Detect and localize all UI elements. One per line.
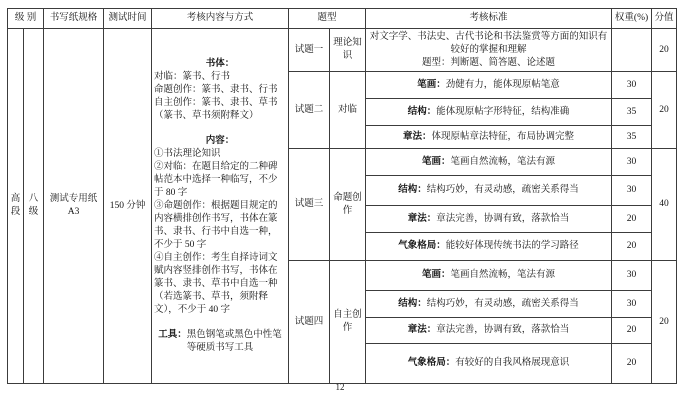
assessment-content-cell: 书体： 对临：篆书、行书 命题创作：篆书、隶书、行书 自主创作：篆书、隶书、草书…: [152, 29, 289, 384]
standard-text: 结构巧妙，有灵动感，疏密关系得当: [427, 299, 579, 309]
content-line: ①书法理论知识: [154, 148, 286, 161]
weight-cell: 20: [612, 318, 652, 344]
standard-cell: 气象格局：能较好体现传统书法的学习路径: [366, 233, 612, 261]
standard-text: 能体现原帖字形特征，结构准确: [436, 107, 569, 117]
level-group-cell: 高段: [8, 29, 24, 384]
content-line: 命题创作：篆书、隶书、行书: [154, 84, 286, 97]
weight-cell: 30: [612, 261, 652, 291]
standard-cell: 笔画：劲健有力，能体现原帖笔意: [366, 72, 612, 99]
content-line: 对临：篆书、行书: [154, 71, 286, 84]
test-time-cell: 150 分钟: [104, 29, 152, 384]
page-number: 12: [0, 382, 680, 392]
content-line: 黑色钢笔或黑色中性笔等硬质书写工具: [187, 330, 282, 353]
content-section-style: 书体： 对临：篆书、行书 命题创作：篆书、隶书、行书 自主创作：篆书、隶书、草书…: [154, 58, 286, 123]
section-title: 工具：: [158, 330, 187, 340]
criterion-label: 气象格局：: [398, 241, 446, 251]
standard-cell: 结构：结构巧妙，有灵动感，疏密关系得当: [366, 291, 612, 318]
content-line: 自主创作：篆书、隶书、草书（篆书、草书须附释文）: [154, 97, 286, 123]
standard-text: 笔画自然流畅，笔法有源: [451, 270, 556, 280]
weight-cell: 20: [612, 233, 652, 261]
weight-cell: [612, 29, 652, 72]
standard-cell: 对文字学、书法史、古代书论和书法鉴赏等方面的知识有较好的掌握和理解 题型：判断题…: [366, 29, 612, 72]
header-time: 测试时间: [104, 9, 152, 29]
criterion-label: 章法：: [403, 132, 432, 142]
standard-text: 对文字学、书法史、古代书论和书法鉴赏等方面的知识有较好的掌握和理解: [368, 31, 609, 57]
standard-text: 笔画自然流畅，笔法有源: [451, 157, 556, 167]
standard-text: 有较好的自我风格展现意识: [455, 358, 569, 368]
weight-cell: 20: [612, 344, 652, 384]
score-cell: 20: [652, 72, 677, 149]
criterion-label: 笔画：: [422, 270, 451, 280]
criterion-label: 结构：: [398, 299, 427, 309]
standard-text: 体现原帖章法特征，布局协调完整: [432, 132, 575, 142]
level-cell: 八级: [24, 29, 44, 384]
standard-cell: 结构：结构巧妙，有灵动感，疏密关系得当: [366, 176, 612, 206]
question-cell: 试题一: [289, 29, 330, 72]
standard-cell: 章法：章法完善，协调有致，落款恰当: [366, 206, 612, 233]
standard-cell: 气象格局：有较好的自我风格展现意识: [366, 344, 612, 384]
criterion-label: 章法：: [408, 325, 437, 335]
category-cell: 自主创作: [330, 261, 366, 384]
section-title: 内容：: [154, 135, 286, 148]
criterion-label: 气象格局：: [408, 358, 456, 368]
weight-cell: 20: [612, 206, 652, 233]
weight-cell: 30: [612, 176, 652, 206]
weight-cell: 30: [612, 291, 652, 318]
header-level: 级 别: [8, 9, 44, 29]
question-cell: 试题四: [289, 261, 330, 384]
weight-cell: 35: [612, 99, 652, 126]
header-question-type: 题型: [289, 9, 366, 29]
category-cell: 理论知识: [330, 29, 366, 72]
criterion-label: 笔画：: [417, 80, 446, 90]
weight-cell: 35: [612, 126, 652, 149]
standard-text: 能较好体现传统书法的学习路径: [446, 241, 579, 251]
header-standard: 考核标准: [366, 9, 612, 29]
assessment-table: 级 别 书写纸规格 测试时间 考核内容与方式 题型 考核标准 权重(%) 分值 …: [7, 8, 677, 384]
section-title: 书体：: [154, 58, 286, 71]
criterion-label: 结构：: [398, 185, 427, 195]
header-score: 分值: [652, 9, 677, 29]
header-weight: 权重(%): [612, 9, 652, 29]
standard-text: 结构巧妙，有灵动感，疏密关系得当: [427, 185, 579, 195]
category-cell: 命题创作: [330, 149, 366, 261]
category-cell: 对临: [330, 72, 366, 149]
weight-cell: 30: [612, 149, 652, 176]
table-header-row: 级 别 书写纸规格 测试时间 考核内容与方式 题型 考核标准 权重(%) 分值: [8, 9, 677, 29]
score-cell: 20: [652, 261, 677, 384]
document-page: 级 别 书写纸规格 测试时间 考核内容与方式 题型 考核标准 权重(%) 分值 …: [7, 8, 677, 384]
paper-spec-cell: 测试专用纸 A3: [44, 29, 104, 384]
criterion-label: 笔画：: [422, 157, 451, 167]
question-cell: 试题三: [289, 149, 330, 261]
question-cell: 试题二: [289, 72, 330, 149]
table-row: 高段 八级 测试专用纸 A3 150 分钟 书体： 对临：篆书、行书 命题创作：…: [8, 29, 677, 72]
standard-cell: 笔画：笔画自然流畅，笔法有源: [366, 149, 612, 176]
score-cell: 40: [652, 149, 677, 261]
standard-cell: 章法：体现原帖章法特征，布局协调完整: [366, 126, 612, 149]
criterion-label: 章法：: [408, 214, 437, 224]
content-section-topics: 内容： ①书法理论知识 ②对临：在题目给定的二种碑帖范本中选择一种临写，不少于 …: [154, 135, 286, 317]
standard-text: 章法完善，协调有致，落款恰当: [436, 325, 569, 335]
content-line: ③命题创作：根据题目规定的内容横排创作书写，书体在篆书、隶书、行书中自选一种，不…: [154, 200, 286, 252]
content-line: ④自主创作：考生自择诗词文赋内容竖排创作书写，书体在篆书、隶书、草书中自选一种（…: [154, 252, 286, 317]
standard-cell: 章法：章法完善，协调有致，落款恰当: [366, 318, 612, 344]
standard-text: 章法完善，协调有致，落款恰当: [436, 214, 569, 224]
header-content: 考核内容与方式: [152, 9, 289, 29]
content-section-tools: 工具：黑色钢笔或黑色中性笔等硬质书写工具: [154, 329, 286, 355]
standard-cell: 笔画：笔画自然流畅，笔法有源: [366, 261, 612, 291]
weight-cell: 30: [612, 72, 652, 99]
score-cell: 20: [652, 29, 677, 72]
content-line: ②对临：在题目给定的二种碑帖范本中选择一种临写，不少于 80 字: [154, 161, 286, 200]
standard-text: 题型：判断题、简答题、论述题: [368, 57, 609, 70]
standard-cell: 结构：能体现原帖字形特征，结构准确: [366, 99, 612, 126]
criterion-label: 结构：: [408, 107, 437, 117]
header-paper: 书写纸规格: [44, 9, 104, 29]
standard-text: 劲健有力，能体现原帖笔意: [446, 80, 560, 90]
